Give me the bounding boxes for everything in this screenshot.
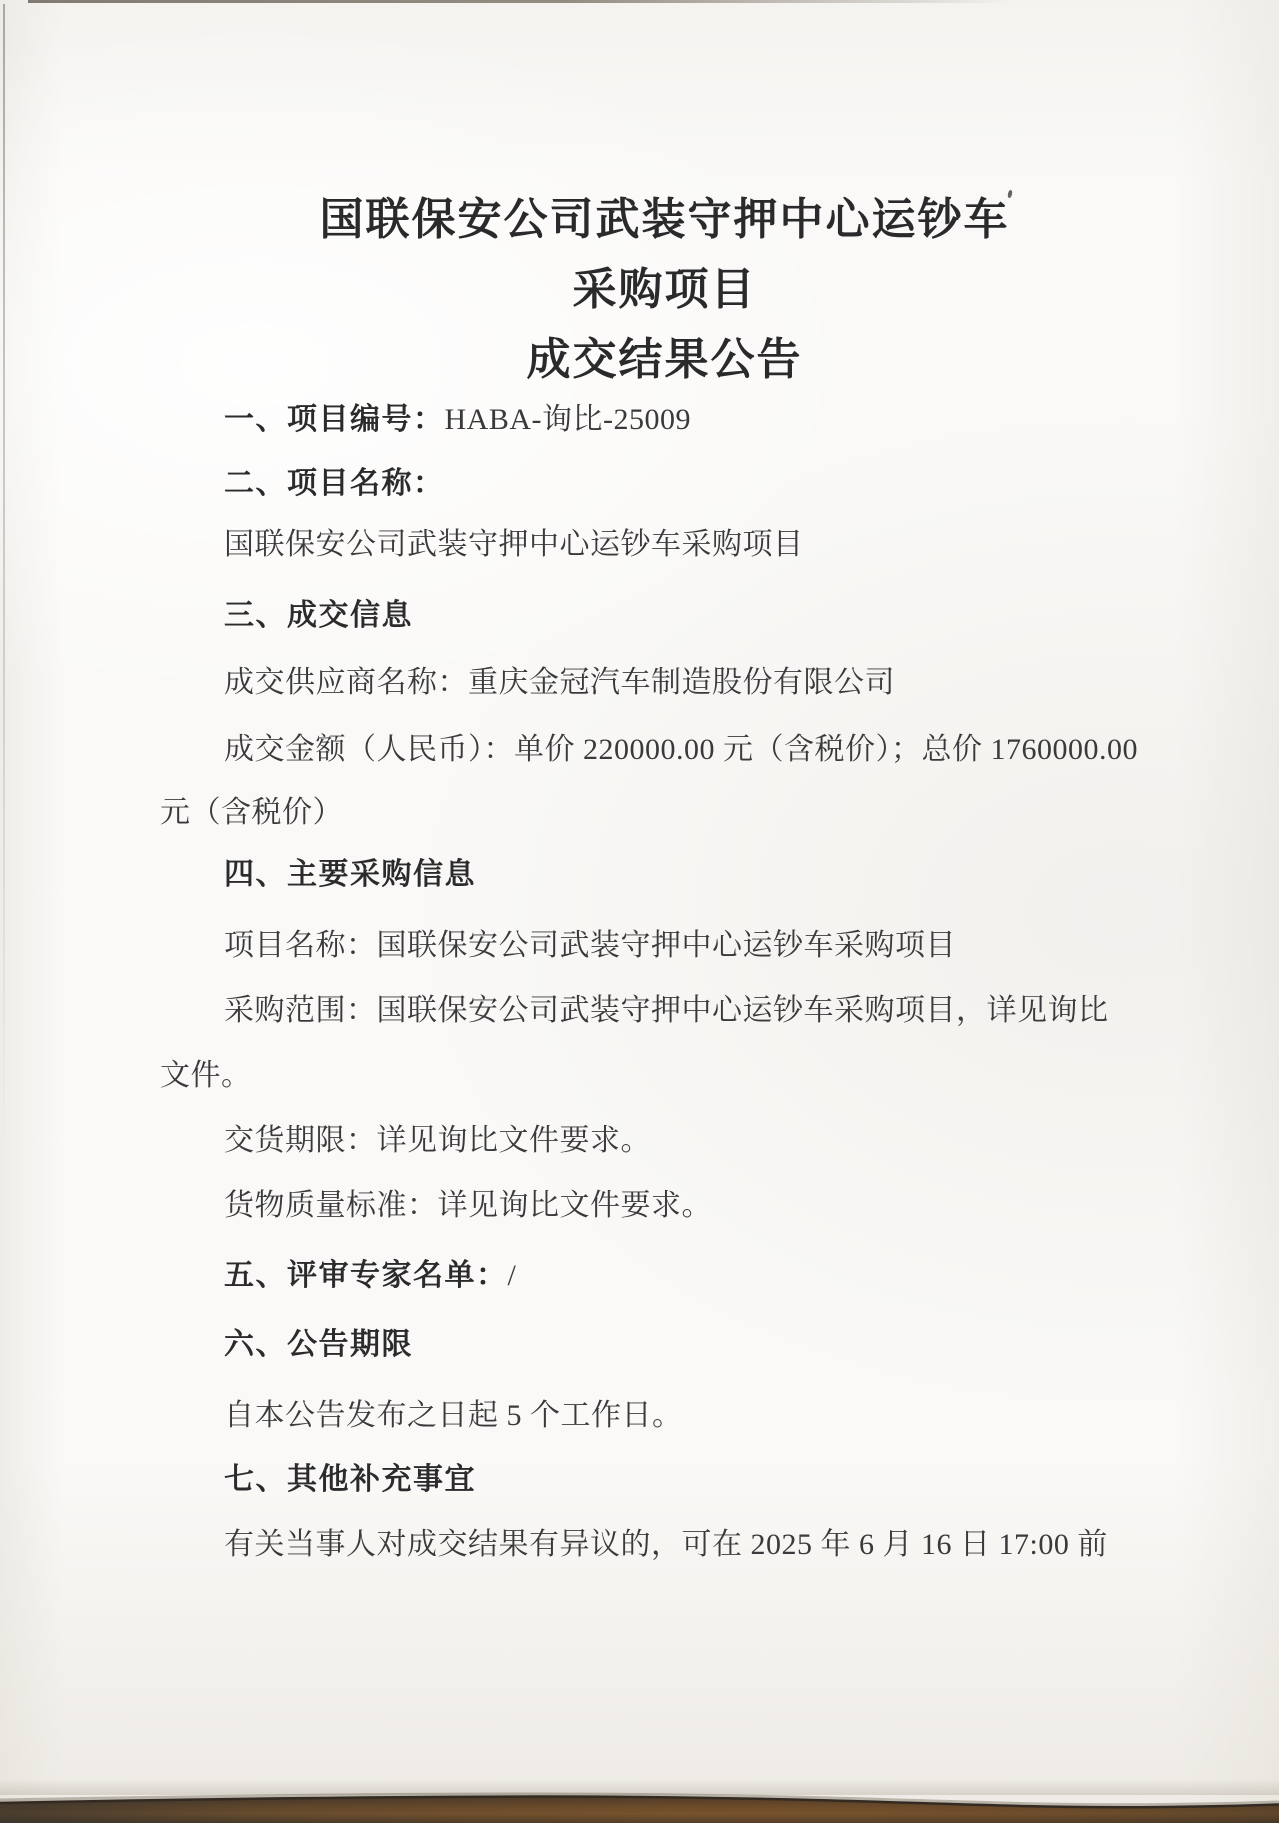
quality-standard-line: 货物质量标准：详见询比文件要求。: [224, 1187, 712, 1225]
procurement-scope-line: 采购范围：国联保安公司武装守押中心运钞车采购项目，详见询比: [224, 992, 1109, 1030]
section-6-heading: 六、公告期限: [224, 1326, 413, 1364]
scanned-document-page: 国联保安公司武装守押中心运钞车 采购项目 成交结果公告 一、项目编号：HABA-…: [0, 0, 1279, 1823]
section-5-expert-list: 五、评审专家名单：/: [224, 1257, 516, 1295]
expert-list-value: /: [508, 1259, 517, 1292]
procurement-scope-wrap-line: 文件。: [160, 1057, 252, 1095]
scan-table-edge: [0, 1763, 1279, 1823]
section-7-heading: 七、其他补充事宜: [224, 1461, 476, 1499]
section-5-heading: 五、评审专家名单：: [224, 1259, 508, 1292]
procurement-project-name-line: 项目名称：国联保安公司武装守押中心运钞车采购项目: [224, 927, 956, 965]
deal-amount-wrap-line: 元（含税价）: [160, 794, 343, 832]
project-name-paragraph: 国联保安公司武装守押中心运钞车采购项目: [224, 526, 804, 564]
section-2-heading: 二、项目名称：: [224, 465, 445, 503]
page-title-line-2: 采购项目: [50, 263, 1279, 317]
objection-deadline-line: 有关当事人对成交结果有异议的，可在 2025 年 6 月 16 日 17:00 …: [224, 1526, 1108, 1564]
project-number-value: HABA-询比-25009: [445, 403, 692, 436]
scan-left-edge-line: [3, 4, 5, 1154]
section-4-heading: 四、主要采购信息: [224, 856, 476, 894]
deal-amount-line: 成交金额（人民币）：单价 220000.00 元（含税价）；总价 1760000…: [224, 731, 1138, 769]
delivery-deadline-line: 交货期限：详见询比文件要求。: [224, 1122, 651, 1160]
section-3-heading: 三、成交信息: [224, 597, 413, 635]
section-1-project-number: 一、项目编号：HABA-询比-25009: [224, 401, 691, 439]
scan-top-edge-line: [28, 0, 1013, 3]
page-title-line-3: 成交结果公告: [50, 333, 1279, 387]
page-title-line-1: 国联保安公司武装守押中心运钞车: [50, 193, 1279, 247]
announcement-period-line: 自本公告发布之日起 5 个工作日。: [224, 1397, 683, 1435]
supplier-name-line: 成交供应商名称：重庆金冠汽车制造股份有限公司: [224, 664, 895, 702]
section-1-heading: 一、项目编号：: [224, 403, 445, 436]
